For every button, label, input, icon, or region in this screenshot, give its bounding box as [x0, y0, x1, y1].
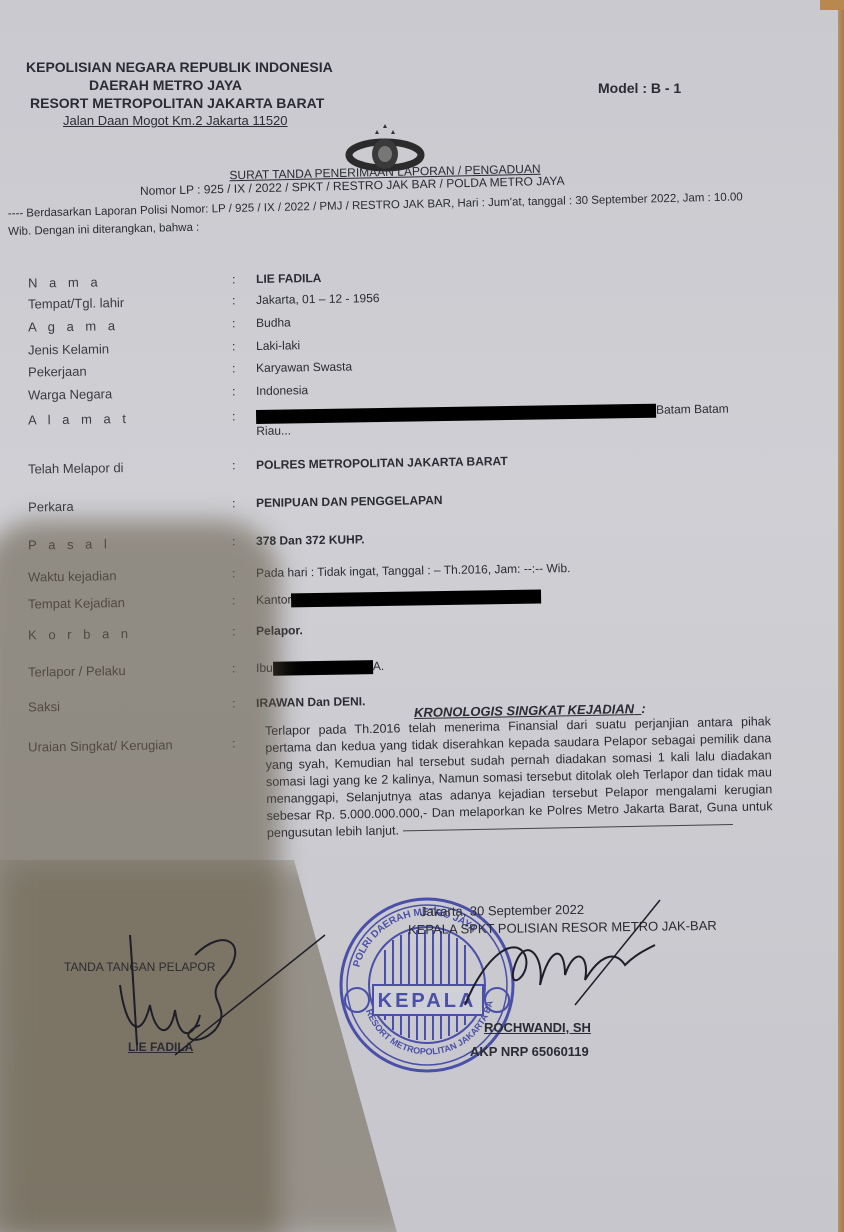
field-value: Indonesia: [256, 383, 308, 398]
field-label: Jenis Kelamin: [28, 341, 109, 357]
field-value: Jakarta, 01 – 12 - 1956: [256, 291, 380, 307]
field-label: N a m a: [28, 274, 102, 290]
letterhead-line1: KEPOLISIAN NEGARA REPUBLIK INDONESIA: [26, 58, 333, 76]
field-colon: :: [232, 409, 236, 423]
field-value: LIE FADILA: [256, 271, 322, 286]
letterhead-line3: RESORT METROPOLITAN JAKARTA BARAT: [26, 94, 333, 112]
table-edge: [838, 0, 844, 1232]
value-suffix: Batam Batam: [656, 402, 729, 417]
field-value: Budha: [256, 315, 291, 330]
field-colon: :: [232, 361, 236, 375]
field-value: PENIPUAN DAN PENGGELAPAN: [256, 493, 443, 510]
svg-text:KEPALA: KEPALA: [378, 990, 477, 1012]
field-colon: :: [232, 293, 236, 307]
signing-place-date: Jakarta, 30 September 2022: [420, 902, 584, 919]
field-colon: :: [232, 458, 236, 472]
officer-name: ROCHWANDI, SH: [484, 1020, 591, 1035]
field-label: Warga Negara: [28, 386, 112, 402]
reporter-name: LIE FADILA: [128, 1040, 193, 1054]
fill-line: [403, 824, 733, 831]
field-colon: :: [232, 316, 236, 330]
value-suffix: A.: [373, 659, 385, 673]
field-colon: :: [232, 384, 236, 398]
field-colon: :: [232, 496, 236, 510]
field-label: Telah Melapor di: [28, 460, 124, 476]
model-label: Model : B - 1: [598, 80, 681, 96]
letterhead: KEPOLISIAN NEGARA REPUBLIK INDONESIA DAE…: [26, 58, 333, 130]
table-corner: [820, 0, 844, 10]
reporter-signature-label: TANDA TANGAN PELAPOR: [64, 960, 215, 974]
field-label: Perkara: [28, 499, 74, 515]
field-colon: :: [232, 272, 236, 286]
redaction-bar: [273, 660, 373, 676]
field-colon: :: [232, 339, 236, 353]
officer-nrp: AKP NRP 65060119: [470, 1044, 589, 1059]
kronologis-text: Terlapor pada Th.2016 telah menerima Fin…: [265, 713, 773, 842]
field-label: Tempat/Tgl. lahir: [28, 295, 124, 312]
field-label: A g a m a: [28, 318, 119, 334]
letterhead-line2: DAERAH METRO JAYA: [26, 76, 333, 94]
field-value: Karyawan Swasta: [256, 359, 352, 375]
field-label: A l a m a t: [28, 411, 130, 428]
field-value: Laki-laki: [256, 338, 300, 353]
field-label: Pekerjaan: [28, 364, 87, 380]
letterhead-address: Jalan Daan Mogot Km.2 Jakarta 11520: [26, 112, 333, 130]
field-value: 378 Dan 372 KUHP.: [256, 532, 365, 548]
